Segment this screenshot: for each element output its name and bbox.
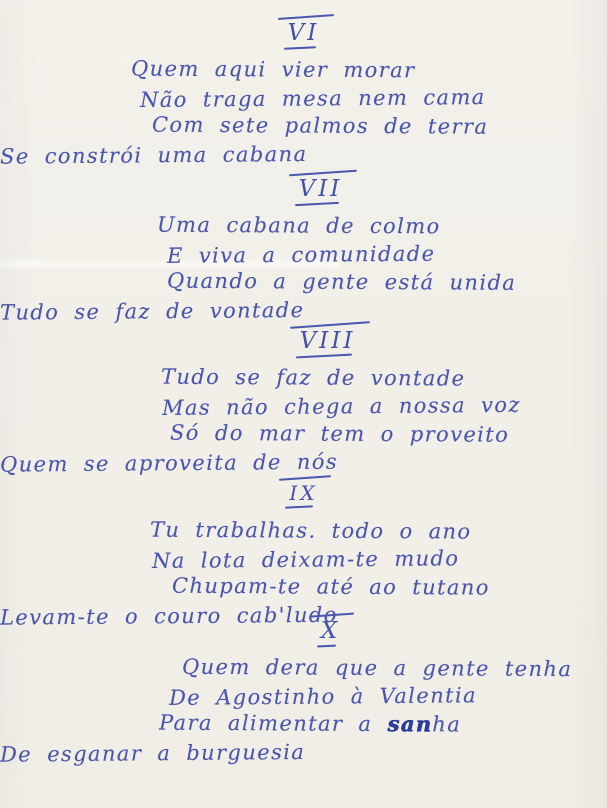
stanza-numeral: VII bbox=[295, 174, 347, 204]
verse-line: Tu trabalhas. todo o ano bbox=[150, 516, 607, 547]
verse-line-suffix: ha bbox=[432, 712, 461, 736]
stanza-ix: IX Tu trabalhas. todo o ano Na lota deix… bbox=[0, 479, 607, 629]
verse-line: Se constrói uma cabana bbox=[0, 137, 607, 170]
verse-line: De Agostinho à Valentia bbox=[169, 680, 607, 712]
verse-line-with-correction: Para alimentar a sanha bbox=[159, 709, 607, 740]
verse-line: E viva a comunidade bbox=[167, 238, 607, 270]
stanza-x: X Quem dera que a gente tenha De Agostin… bbox=[0, 616, 607, 766]
stanza-vii: VII Uma cabana de colmo E viva a comunid… bbox=[0, 174, 607, 324]
verse-line: Quem dera que a gente tenha bbox=[182, 653, 607, 684]
stanza-numeral: IX bbox=[285, 479, 321, 507]
stanza-viii: VIII Tudo se faz de vontade Mas não cheg… bbox=[0, 326, 607, 476]
stanza-numeral: VIII bbox=[296, 326, 360, 356]
verse-line: Quando a gente está unida bbox=[167, 267, 607, 298]
verse-line: Na lota deixam-te mudo bbox=[152, 543, 607, 575]
verse-line-prefix: Para alimentar a bbox=[159, 711, 388, 736]
stanza-vi: VI Quem aqui vier morar Não traga mesa n… bbox=[0, 18, 607, 168]
verse-line: Não traga mesa nem cama bbox=[140, 82, 607, 114]
verse-line: Tudo se faz de vontade bbox=[0, 293, 607, 326]
stanza-numeral: VI bbox=[284, 18, 324, 48]
verse-line: Mas não chega a nossa voz bbox=[162, 390, 607, 422]
overwritten-ink-correction: san bbox=[387, 711, 432, 736]
verse-line: Quem aqui vier morar bbox=[131, 55, 607, 86]
verse-line: Quem se aproveita de nós bbox=[0, 445, 607, 478]
verse-line: Uma cabana de colmo bbox=[157, 211, 607, 242]
stanza-numeral: X bbox=[317, 616, 344, 646]
verse-line: De esganar a burguesia bbox=[0, 735, 607, 768]
verse-line: Chupam-te até ao tutano bbox=[172, 572, 607, 603]
verse-line: Só do mar tem o proveito bbox=[170, 419, 607, 450]
verse-line: Tudo se faz de vontade bbox=[161, 363, 607, 394]
verse-line: Com sete palmos de terra bbox=[152, 111, 607, 142]
handwritten-page: VI Quem aqui vier morar Não traga mesa n… bbox=[0, 0, 607, 808]
